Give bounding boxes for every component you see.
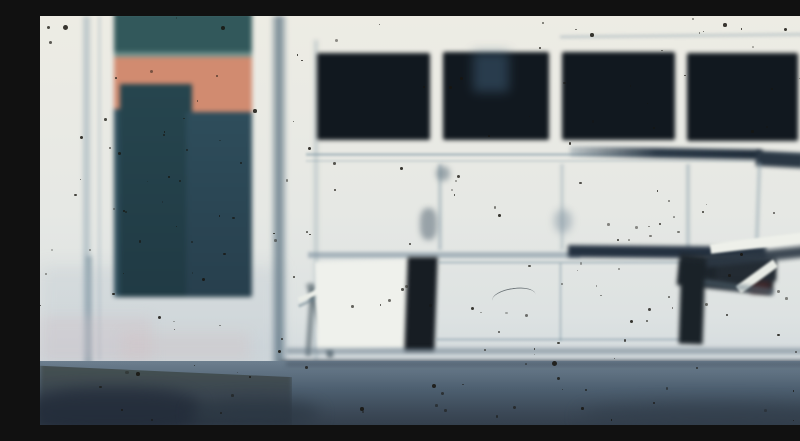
dust-speck [557,342,559,344]
dust-speck [726,314,728,316]
dust-speck [542,22,544,24]
dust-speck [705,303,708,306]
dust-speck [647,103,648,104]
dust-speck [592,120,594,122]
dust-speck [293,276,295,278]
dust-speck [777,290,780,293]
dust-speck [136,372,140,376]
dust-speck [668,200,670,202]
dust-speck [174,329,176,331]
dust-speck [388,299,391,302]
dust-speck [249,376,252,379]
dust-speck [534,354,535,355]
dust-speck [462,384,464,386]
dust-speck [183,118,185,120]
dust-speck [528,265,530,267]
dust-speck [409,243,411,245]
dust-speck [611,419,613,421]
dust-speck [673,216,675,218]
dust-speck [125,371,128,374]
dust-speck [334,189,336,191]
dust-speck [118,152,121,155]
dust-speck [614,358,615,359]
dust-speck [771,88,773,90]
dust-speck [216,75,218,77]
dust-speck [74,194,77,197]
dust-speck [624,339,627,342]
dust-speck [335,39,338,42]
dust-speck [668,296,670,298]
dust-speck [164,131,166,133]
dust-speck [197,100,199,102]
dust-speck [795,351,797,353]
dust-speck [109,147,111,149]
damaged-garage-photo: Blurred film photograph of a white build… [40,16,800,425]
dust-speck [191,241,193,243]
dust-speck [163,134,165,136]
dust-speck [147,181,148,182]
dust-speck [400,167,403,170]
dust-speck [219,140,221,142]
dust-speck [47,26,50,29]
dust-speck [480,312,482,314]
dust-speck [176,226,177,227]
dust-speck [488,135,490,137]
dust-speck [286,179,288,181]
dust-speck [360,407,364,411]
dust-speck [232,217,234,219]
dust-speck [306,231,308,233]
dust-speck [580,262,583,265]
dust-speck [151,419,153,421]
dust-speck [176,17,177,18]
dust-speck [444,409,446,411]
dust-speck [496,415,499,418]
dust-speck [661,50,662,51]
dust-speck [460,77,463,80]
dust-speck [659,223,661,225]
dust-speck [179,180,181,182]
dust-speck [793,390,795,392]
dust-speck [505,312,508,315]
dust-speck [534,348,535,349]
dust-speck [600,295,602,297]
dust-speck [525,314,528,317]
dust-speck [703,31,704,32]
dust-speck [646,320,648,322]
dust-speck [630,320,633,323]
dust-speck [563,82,566,85]
dust-speck [173,321,174,322]
dust-speck [305,366,308,369]
dust-speck [51,249,53,251]
dust-speck [451,189,454,192]
dust-speck [607,223,610,226]
dust-speck [219,215,220,216]
dust-speck [113,208,114,209]
dust-speck [112,293,115,296]
dust-speck [220,412,222,414]
dust-speck [429,304,432,307]
dust-speck [513,406,516,409]
dust-speck [498,331,500,333]
dust-speck [333,162,336,165]
dust-speck [237,372,238,373]
dust-speck [677,231,680,234]
dust-speck [423,86,424,87]
dust-speck [186,149,189,152]
dust-speck [699,32,700,33]
dust-speck [49,41,52,44]
dust-speck [653,402,655,404]
dust-speck [219,325,220,326]
dust-speck [379,24,380,25]
dust-speck [706,204,707,205]
dust-speck [278,350,281,353]
dust-speck [590,33,594,37]
dust-speck [648,226,649,227]
dust-speck [162,201,164,203]
dust-speck [380,304,382,306]
dust-speck [455,180,457,182]
dust-speck [150,70,153,73]
dust-speck [362,411,364,413]
dust-speck [297,54,298,55]
dust-speck [793,420,794,421]
dust-speck [764,409,767,412]
dust-speck [99,386,101,388]
dust-speck [457,175,460,178]
dust-speck [784,28,787,31]
dust-speck [309,234,311,236]
dust-speck [525,363,527,365]
dust-speck [80,136,83,139]
dust-speck [139,240,141,242]
dust-speck [308,147,311,150]
dust-speck [741,28,742,29]
dust-speck [648,308,651,311]
dust-speck [785,297,788,300]
dust-speck [752,46,754,48]
dust-speck [562,389,563,390]
dust-speck [168,176,169,177]
dust-speck [484,349,486,351]
dust-speck [692,18,694,20]
dust-speck [432,384,436,388]
dust-speck [702,211,703,212]
dust-speck [405,285,408,288]
dust-speck [221,26,225,30]
dust-speck [253,109,257,113]
dust-speck [579,182,581,184]
dust-speck [80,179,81,180]
dust-speck [454,194,456,196]
dust-speck [281,338,283,340]
dust-speck [274,239,277,242]
dust-speck [617,239,620,242]
dust-speck [449,86,452,89]
dust-speck [653,127,655,129]
dust-speck [202,278,205,281]
dust-speck [40,305,41,306]
dust-speck [728,274,731,277]
dust-speck [498,214,501,217]
dust-speck [766,126,768,128]
film-speck-layer [40,16,800,425]
dust-speck [351,305,354,308]
dust-speck [569,142,571,144]
dust-speck [89,249,91,251]
dust-speck [649,235,652,238]
dust-speck [628,239,630,241]
dust-speck [773,212,775,214]
dust-speck [596,285,598,287]
dust-speck [657,190,659,192]
dust-speck [618,268,620,270]
dust-speck [557,377,560,380]
dust-speck [194,365,195,366]
dust-speck [672,307,673,308]
dust-speck [121,409,122,410]
dust-speck [723,23,727,27]
dust-speck [630,85,632,87]
dust-speck [552,361,557,366]
dust-speck [401,288,404,291]
dust-speck [223,253,226,256]
dust-speck [192,272,194,274]
dust-speck [539,47,541,49]
dust-speck [751,130,754,133]
dust-speck [529,116,530,117]
dust-speck [240,162,242,164]
dust-speck [577,270,578,271]
dust-speck [125,211,127,213]
dust-speck [115,77,117,79]
dust-speck [740,253,743,256]
dust-speck [581,407,583,409]
dust-speck [684,75,686,77]
dust-speck [273,233,275,235]
dust-speck [158,316,161,319]
dust-speck [585,389,587,391]
dust-speck [63,25,68,30]
dust-speck [666,387,669,390]
dust-speck [471,307,474,310]
dust-speck [561,283,563,285]
dust-speck [777,334,780,337]
dust-speck [301,60,303,62]
dust-speck [293,121,294,122]
dust-speck [635,226,638,229]
dust-speck [104,118,107,121]
dust-speck [123,273,124,274]
dust-speck [45,273,47,275]
dust-speck [696,367,699,370]
dust-speck [575,29,576,30]
dust-speck [435,404,438,407]
dust-speck [494,206,496,208]
dust-speck [231,394,234,397]
dust-speck [441,392,444,395]
